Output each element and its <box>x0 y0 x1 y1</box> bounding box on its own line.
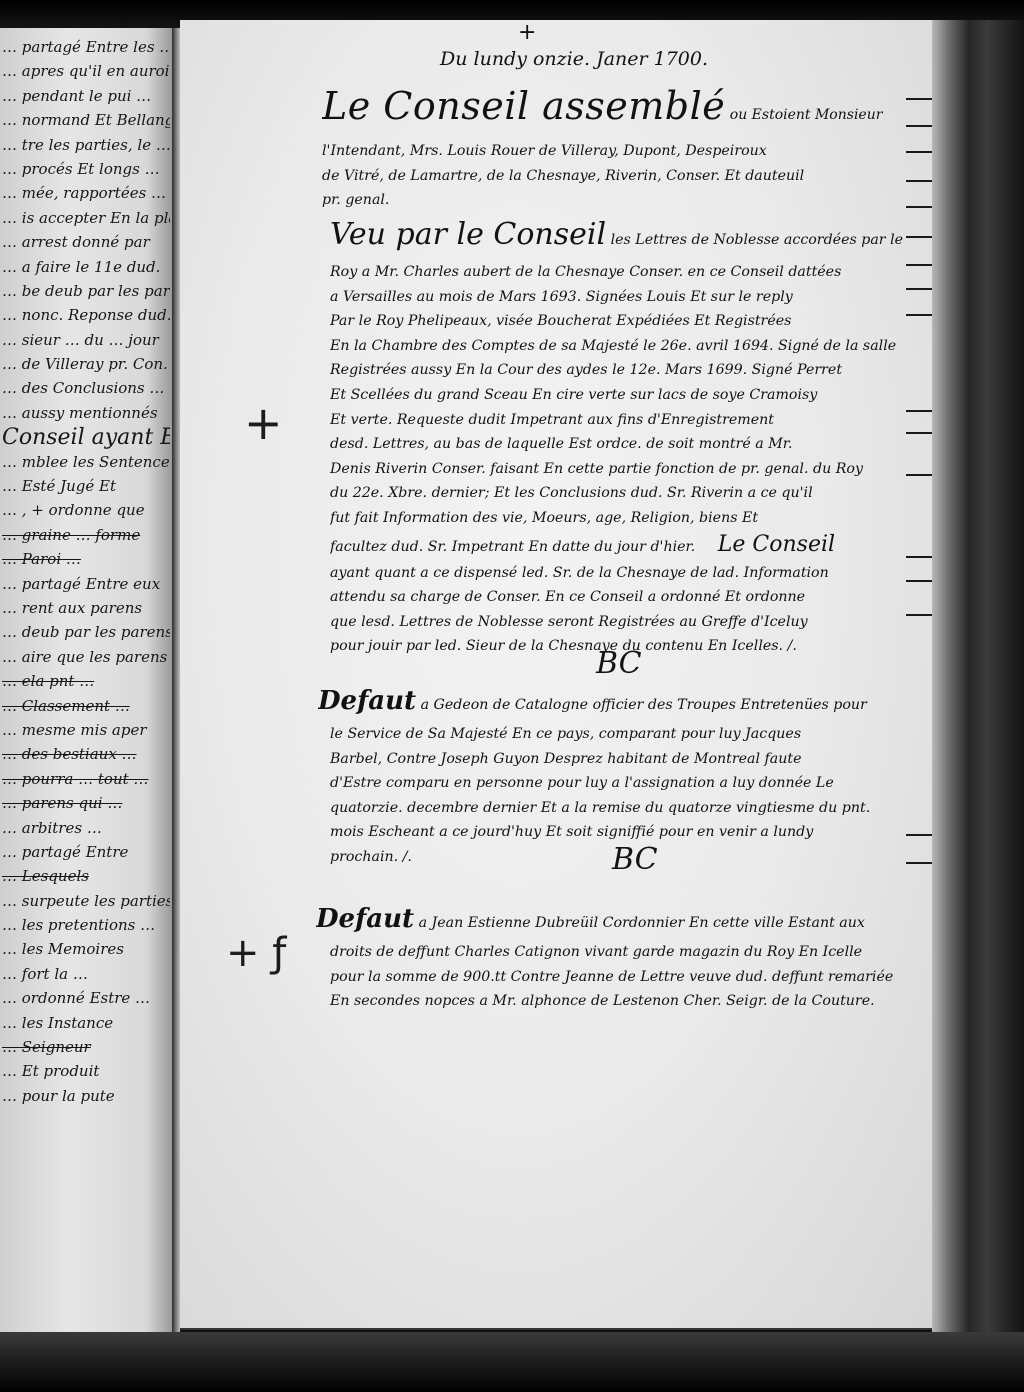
left-page-line: … is accepter En la place <box>0 207 170 231</box>
left-page-line: … tre les parties, le … <box>0 134 170 158</box>
left-page-line: … de Villeray pr. Con. Et <box>0 353 170 377</box>
decision-line: que lesd. Lettres de Noblesse seront Reg… <box>330 610 910 635</box>
entry-line: pr. genal. <box>322 188 902 213</box>
decision-line: attendu sa charge de Conser. En ce Conse… <box>330 585 910 610</box>
entry-defaut-2: Defaut a Jean Estienne Dubreüil Cordonni… <box>316 902 896 1014</box>
left-page-line: … Lesquels <box>0 865 170 889</box>
left-page-line: … nonc. Reponse dud. <box>0 304 170 328</box>
entry-line: l'Intendant, Mrs. Louis Rouer de Villera… <box>322 139 902 164</box>
left-page-fragment: … partagé Entre les … par… apres qu'il e… <box>0 28 174 1348</box>
entry-defaut-1: Defaut a Gedeon de Catalogne officier de… <box>318 684 898 870</box>
manuscript-scan: … partagé Entre les … par… apres qu'il e… <box>0 0 1024 1392</box>
entry-line: Et verte. Requeste dudit Impetrant aux f… <box>330 408 910 433</box>
entry-line: ou Estoient Monsieur <box>730 107 883 123</box>
left-page-line: … Classement … <box>0 695 170 719</box>
entry-line: Registrées aussy En la Cour des aydes le… <box>330 358 910 383</box>
entry-line: Par le Roy Phelipeaux, visée Boucherat E… <box>330 309 910 334</box>
left-page-line: … be deub par les parens <box>0 280 170 304</box>
left-page-line: … ela pnt … <box>0 670 170 694</box>
left-page-line: … les pretentions … <box>0 914 170 938</box>
left-page-line: … Seigneur <box>0 1036 170 1060</box>
margin-cross-mark: + ƒ <box>226 930 286 976</box>
left-page-line: … Esté Jugé Et <box>0 475 170 499</box>
entry-line: quatorzie. decembre dernier Et a la remi… <box>318 796 898 821</box>
left-page-line: … arrest donné par <box>0 231 170 255</box>
left-page-line: … surpeute les parties <box>0 890 170 914</box>
left-page-line: … deub par les parens <box>0 621 170 645</box>
entry-line: a Jean Estienne Dubreüil Cordonnier En c… <box>419 915 865 931</box>
left-page-line: … partagé Entre eux <box>0 573 170 597</box>
entry-line: Roy a Mr. Charles aubert de la Chesnaye … <box>330 260 910 285</box>
left-page-line: … aire que les parens <box>0 646 170 670</box>
left-page-line: … pourra … tout … <box>0 768 170 792</box>
entry-heading: Defaut <box>318 686 416 716</box>
left-page-line: … normand Et Bellanger … <box>0 109 170 133</box>
entry-heading: Le Conseil assemblé <box>322 84 725 128</box>
entry-line: fut fait Information des vie, Moeurs, ag… <box>330 506 910 531</box>
entry-line: droits de deffunt Charles Catignon vivan… <box>316 940 896 965</box>
inline-heading-le-conseil: Le Conseil <box>718 532 835 557</box>
left-page-line: … arbitres … <box>0 817 170 841</box>
left-page-line: Conseil ayant Et <box>0 426 170 450</box>
left-page-line: … les Instance <box>0 1012 170 1036</box>
date-line: Du lundy onzie. Janer 1700. <box>440 48 708 70</box>
entry-line: a Gedeon de Catalogne officier des Troup… <box>421 697 867 713</box>
signature-paraph: BC <box>612 842 658 877</box>
entry-line: le Service de Sa Majesté En ce pays, com… <box>318 722 898 747</box>
left-page-line: … graine … forme <box>0 524 170 548</box>
book-binding-edge <box>932 20 1024 1392</box>
entry-line: En secondes nopces a Mr. alphonce de Les… <box>316 989 896 1014</box>
left-page-line: … sieur … du … jour <box>0 329 170 353</box>
entry-line: prochain. /. <box>318 845 898 870</box>
left-page-line: … partagé Entre les … par <box>0 36 170 60</box>
scan-bottom-edge <box>0 1332 1024 1392</box>
entry-line: Barbel, Contre Joseph Guyon Desprez habi… <box>318 747 898 772</box>
left-page-line: … pendant le pui … <box>0 85 170 109</box>
left-page-line: … pour la pute <box>0 1085 170 1109</box>
left-page-line: … des Conclusions … <box>0 377 170 401</box>
entry-line: les Lettres de Noblesse accordées par le <box>611 232 903 248</box>
decision-line: ayant quant a ce dispensé led. Sr. de la… <box>330 561 910 586</box>
left-page-line: … Et produit <box>0 1060 170 1084</box>
signature-paraph: BC <box>596 646 642 681</box>
entry-conseil-assemble: Le Conseil assemblé ou Estoient Monsieur… <box>322 84 902 213</box>
entry-line: Et Scellées du grand Sceau En cire verte… <box>330 383 910 408</box>
left-page-line: … fort la … <box>0 963 170 987</box>
entry-line: a Versailles au mois de Mars 1693. Signé… <box>330 285 910 310</box>
left-page-line: … a faire le 11e dud. <box>0 256 170 280</box>
left-page-line: … parens qui … <box>0 792 170 816</box>
left-page-line: … les Memoires <box>0 938 170 962</box>
left-page-line: … apres qu'il en auroit <box>0 60 170 84</box>
left-page-line: … procés Et longs … <box>0 158 170 182</box>
left-page-line: … mée, rapportées … <box>0 182 170 206</box>
entry-veu-par-le-conseil: Veu par le Conseil les Lettres de Nobles… <box>330 218 910 659</box>
left-page-line: … des bestiaux … <box>0 743 170 767</box>
left-page-line: … rent aux parens <box>0 597 170 621</box>
entry-line: Denis Riverin Conser. faisant En cette p… <box>330 457 910 482</box>
right-page <box>180 20 932 1330</box>
entry-heading: Veu par le Conseil <box>330 218 606 252</box>
margin-cross-mark: + <box>244 396 283 450</box>
entry-line: desd. Lettres, au bas de laquelle Est or… <box>330 432 910 457</box>
entry-line: mois Escheant a ce jourd'huy Et soit sig… <box>318 820 898 845</box>
left-page-line: … ordonné Estre … <box>0 987 170 1011</box>
entry-line: du 22e. Xbre. dernier; Et les Conclusion… <box>330 481 910 506</box>
entry-line: d'Estre comparu en personne pour luy a l… <box>318 771 898 796</box>
book-gutter <box>172 28 180 1348</box>
entry-line: pour la somme de 900.tt Contre Jeanne de… <box>316 965 896 990</box>
left-page-lines: … partagé Entre les … par… apres qu'il e… <box>0 36 170 1109</box>
entry-line: de Vitré, de Lamartre, de la Chesnaye, R… <box>322 164 902 189</box>
entry-line: facultez dud. Sr. Impetrant En datte du … <box>330 539 695 555</box>
left-page-line: … Paroi … <box>0 548 170 572</box>
entry-heading: Defaut <box>316 904 414 934</box>
left-page-line: … aussy mentionnés <box>0 402 170 426</box>
entry-line: En la Chambre des Comptes de sa Majesté … <box>330 334 910 359</box>
left-page-line: … partagé Entre <box>0 841 170 865</box>
top-cross-mark: + <box>518 20 536 45</box>
left-page-line: … mblee les Sentence <box>0 451 170 475</box>
left-page-line: … , + ordonne que <box>0 499 170 523</box>
left-page-line: … mesme mis aper <box>0 719 170 743</box>
